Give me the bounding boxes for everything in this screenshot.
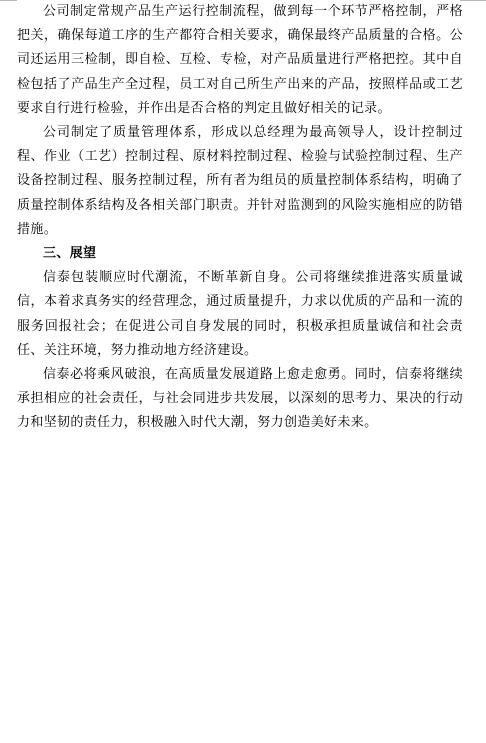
section-heading-outlook: 三、展望 — [17, 242, 463, 266]
crop-mark-top-left — [0, 0, 17, 1]
paragraph-production-control: 公司制定常规产品生产运行控制流程，做到每一个环节严格控制，严格把关，确保每道工序… — [17, 0, 463, 121]
paragraph-quality-system: 公司制定了质量管理体系，形成以总经理为最高领导人，设计控制过程、作业（工艺）控制… — [17, 121, 463, 242]
paragraph-outlook-1: 信泰包装顺应时代潮流，不断革新自身。公司将继续推进落实质量诚信，本着求真务实的经… — [17, 266, 463, 363]
document-page: 公司制定常规产品生产运行控制流程，做到每一个环节严格控制，严格把关，确保每道工序… — [17, 0, 463, 436]
crop-mark-top-right — [460, 0, 486, 1]
paragraph-outlook-2: 信泰必将乘风破浪，在高质量发展道路上愈走愈勇。同时，信泰将继续承担相应的社会责任… — [17, 363, 463, 436]
